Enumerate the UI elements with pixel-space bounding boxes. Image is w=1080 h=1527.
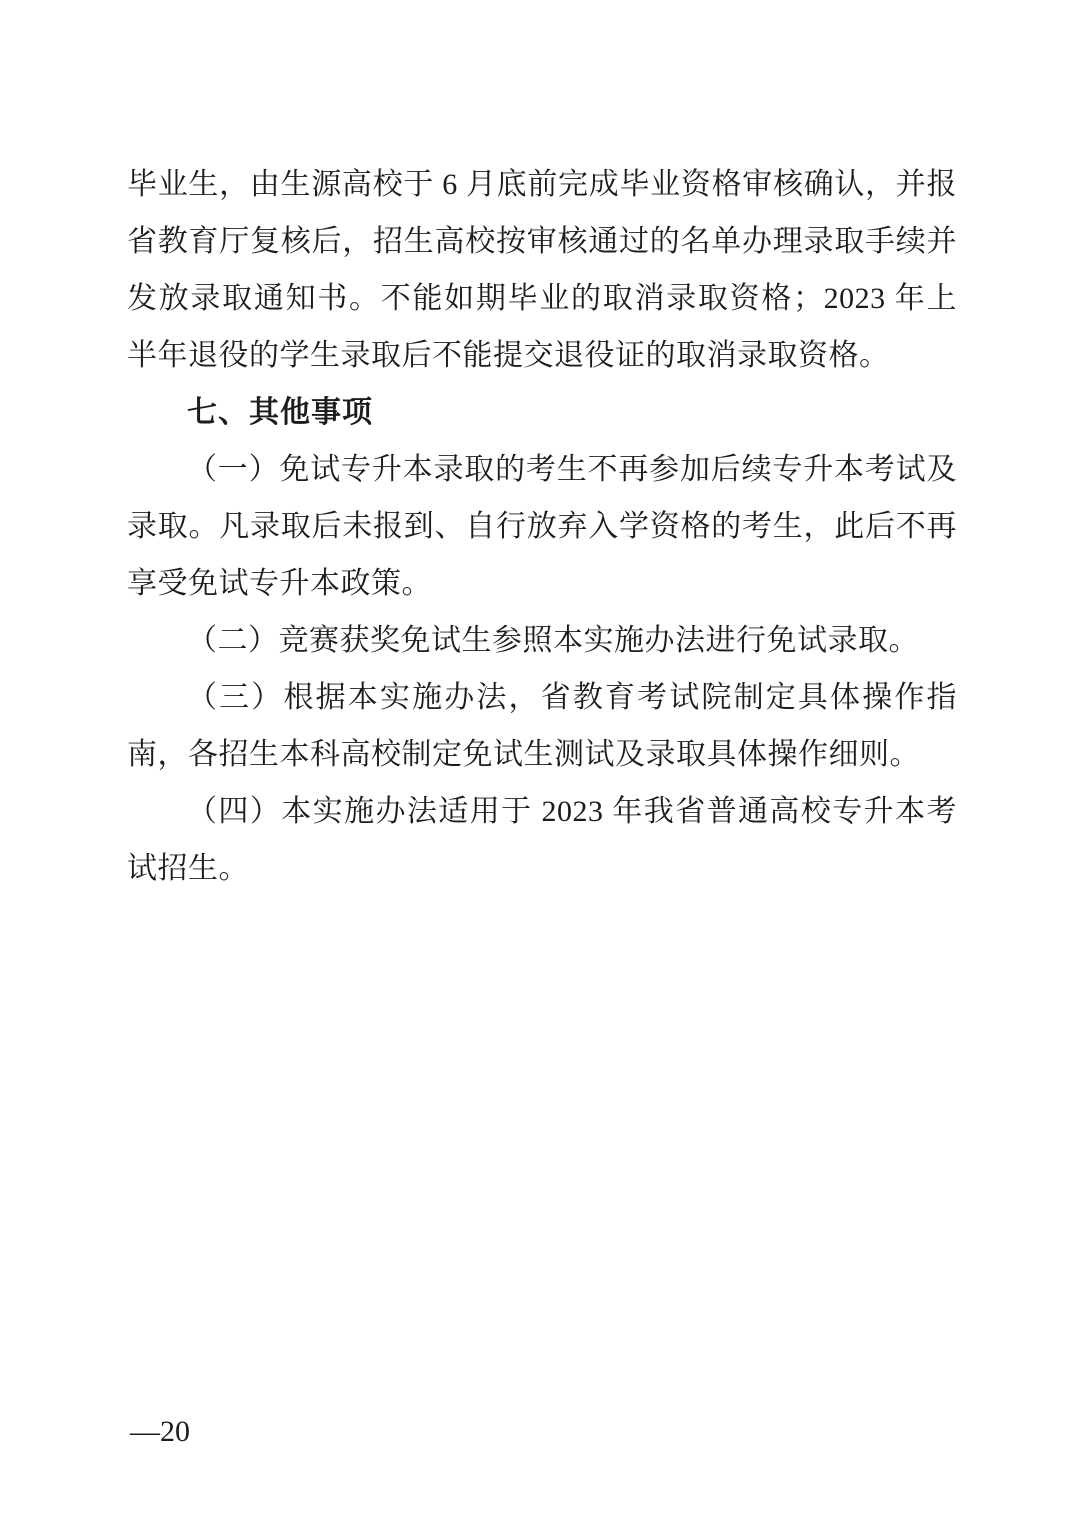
paragraph-continuation: 毕业生，由生源高校于 6 月底前完成毕业资格审核确认，并报省教育厅复核后，招生高… — [127, 156, 957, 384]
section-heading-other-matters: 七、其他事项 — [127, 384, 957, 441]
document-page: 毕业生，由生源高校于 6 月底前完成毕业资格审核确认，并报省教育厅复核后，招生高… — [0, 0, 1080, 1527]
list-item-1: （一）免试专升本录取的考生不再参加后续专升本考试及录取。凡录取后未报到、自行放弃… — [127, 441, 957, 612]
list-item-3: （三）根据本实施办法，省教育考试院制定具体操作指南，各招生本科高校制定免试生测试… — [127, 669, 957, 783]
list-item-2: （二）竞赛获奖免试生参照本实施办法进行免试录取。 — [127, 612, 957, 669]
document-body: 毕业生，由生源高校于 6 月底前完成毕业资格审核确认，并报省教育厅复核后，招生高… — [127, 156, 957, 897]
list-item-4: （四）本实施办法适用于 2023 年我省普通高校专升本考试招生。 — [127, 783, 957, 897]
page-number: —20 — [130, 1412, 190, 1452]
